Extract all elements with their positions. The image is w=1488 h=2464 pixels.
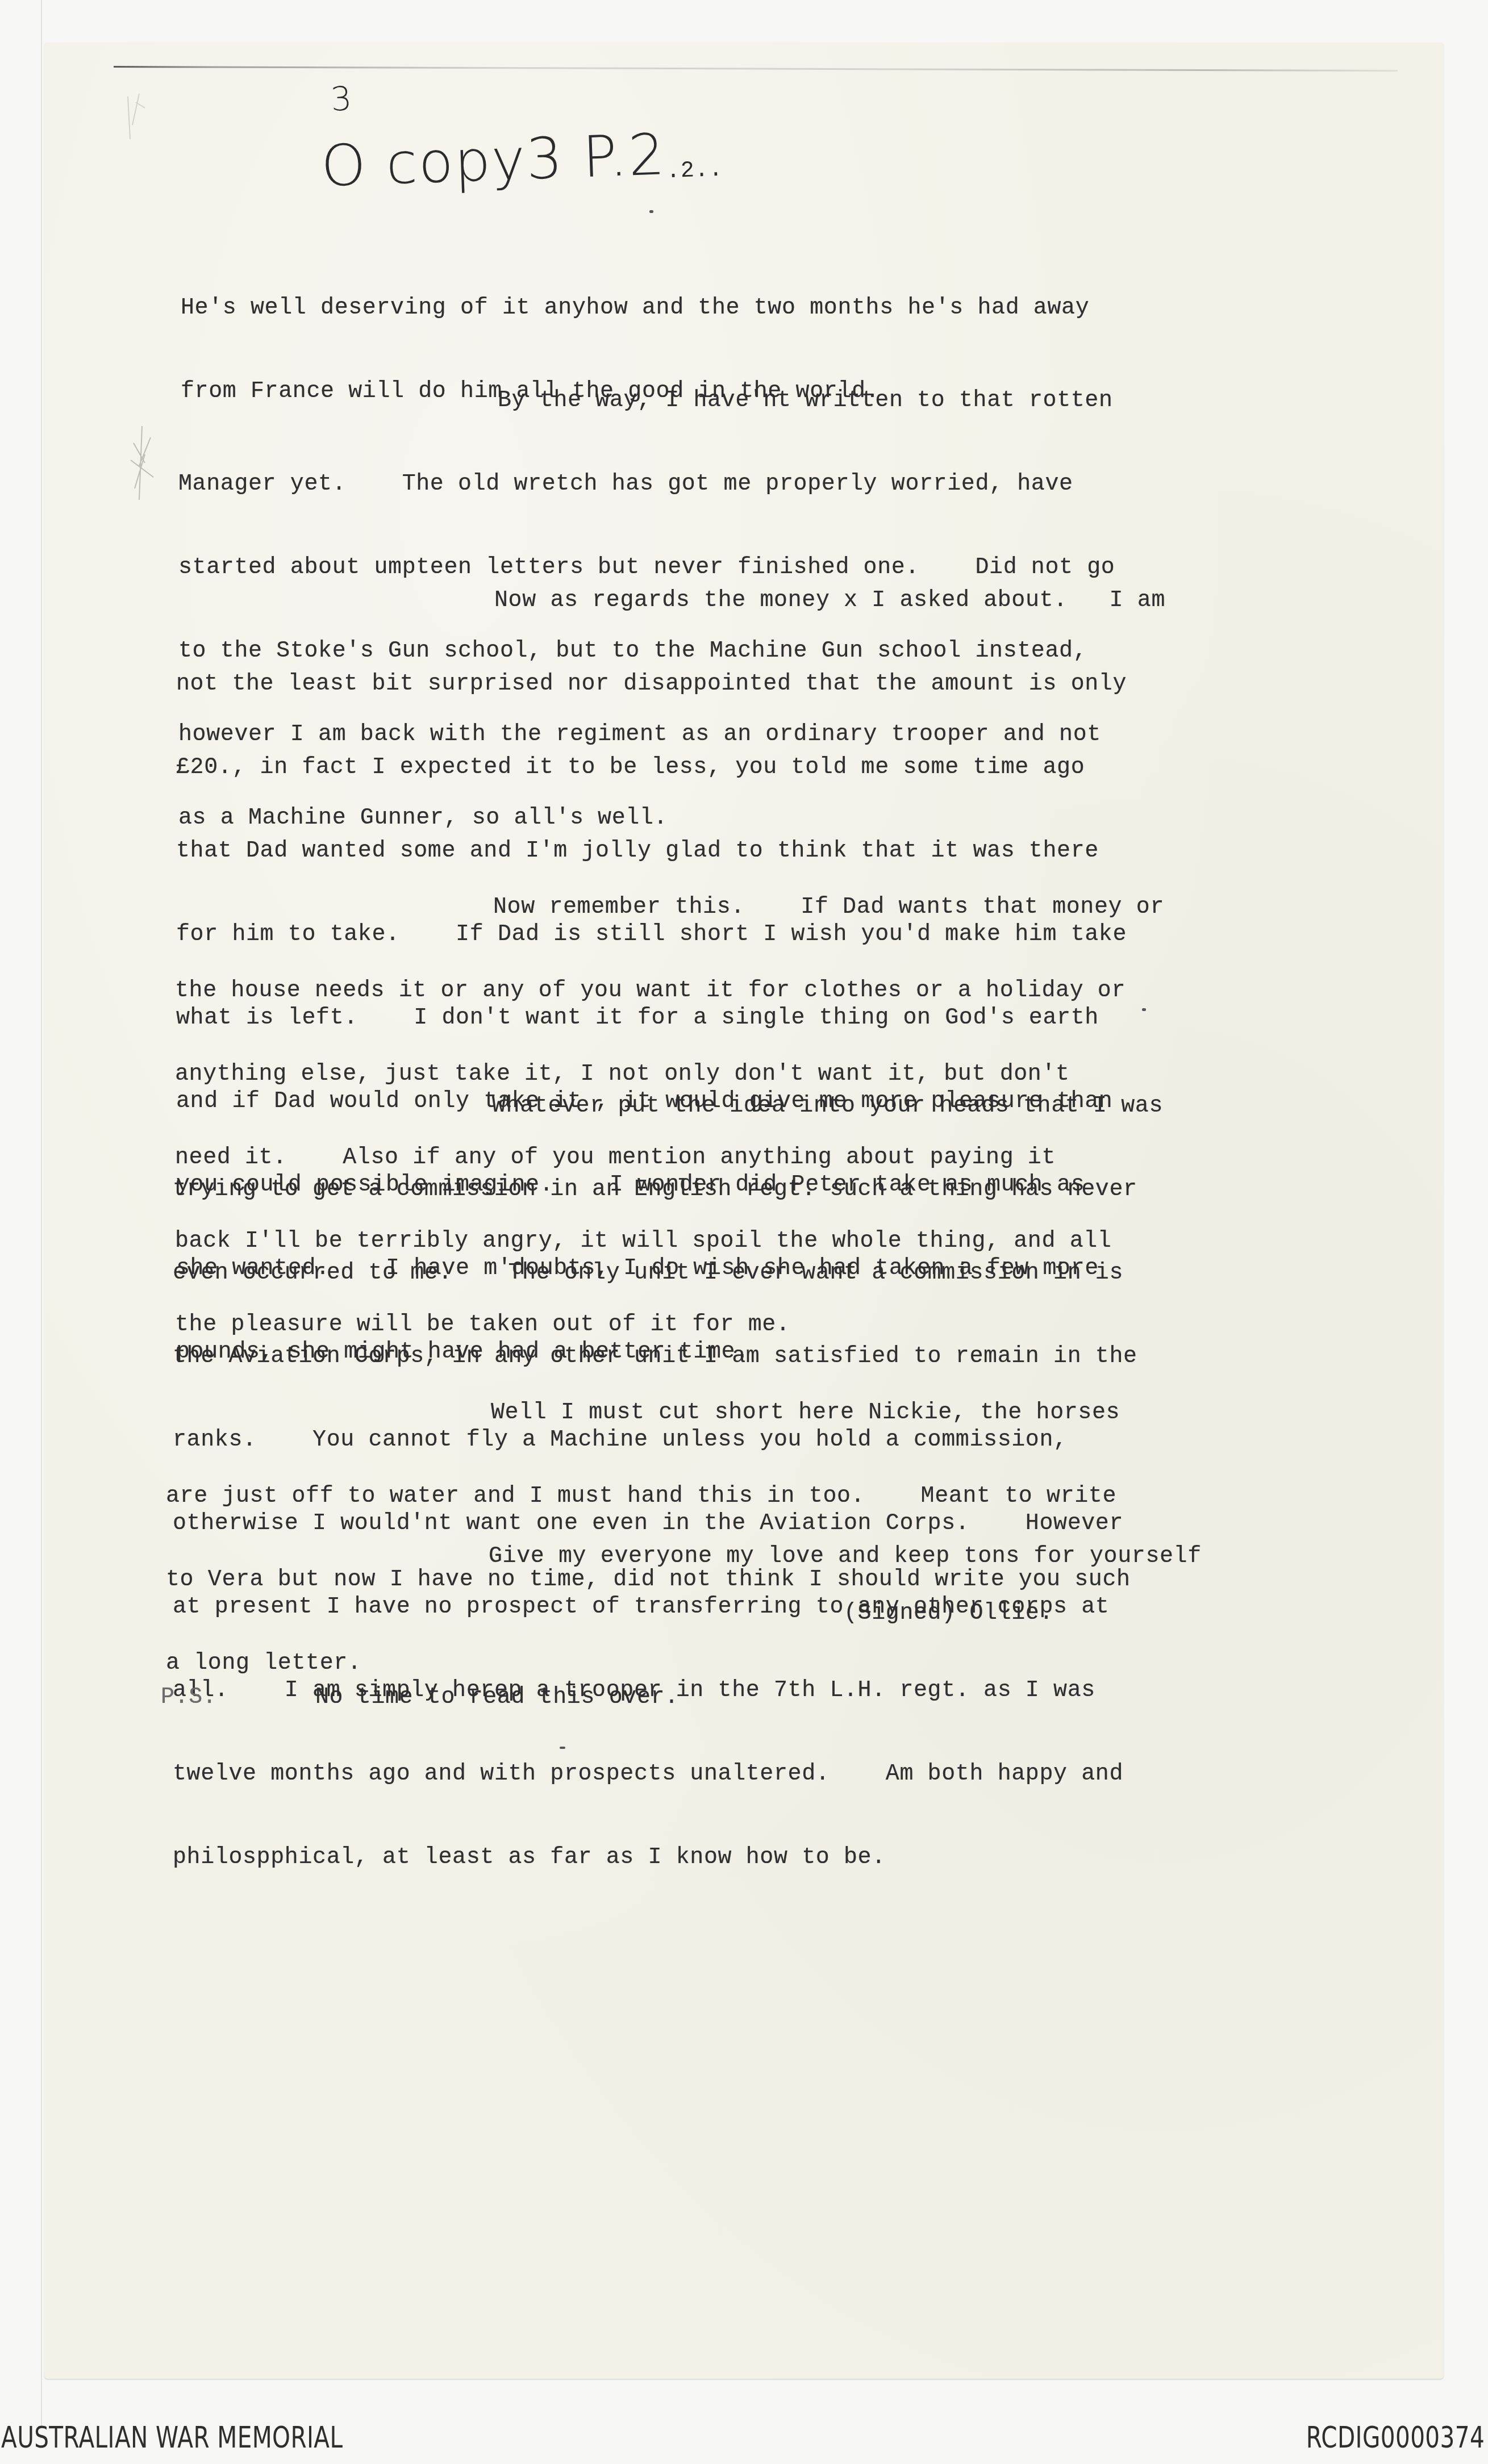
ink-dot <box>1142 1008 1146 1011</box>
postscript-text: No time to read this over. <box>315 1628 679 1739</box>
typed-page-marker: .2.. <box>666 157 724 185</box>
text-line: Manager yet. The old wretch has got me p… <box>178 470 1115 498</box>
ink-dot <box>649 210 653 213</box>
handwritten-copy-label: O copy3 P.2.2.. <box>320 119 724 200</box>
text-line: £20., in fact I expected it to be less, … <box>176 754 1165 782</box>
text-line: Whatever put the idea into your heads th… <box>173 1092 1163 1120</box>
text-line: Now remember this. If Dad wants that mon… <box>175 893 1164 921</box>
text-line: He's well deserving of it anyhow and the… <box>181 294 1089 322</box>
text-line: Well I must cut short here Nickie, the h… <box>166 1399 1131 1427</box>
ink-dot <box>560 1747 565 1749</box>
text-line: twelve months ago and with prospects una… <box>173 1760 1163 1788</box>
text-line: not the least bit surprised nor disappoi… <box>176 670 1165 698</box>
postscript-label: P.S. <box>161 1628 216 1739</box>
text-line: By the way, I have'nt written to that ro… <box>178 387 1115 415</box>
text-line: Now as regards the money x I asked about… <box>176 587 1165 615</box>
ps-label: P.S. <box>161 1684 216 1711</box>
handwritten-label-text: O copy3 P.2 <box>320 121 667 199</box>
text-line: trying to get a commission in an English… <box>173 1176 1163 1204</box>
signature: (Signed) Ollie. <box>844 1544 1053 1655</box>
record-id: RCDIG0000374 <box>1306 2421 1485 2455</box>
institution-label: AUSTRALIAN WAR MEMORIAL <box>1 2421 343 2455</box>
margin-pencil-mark <box>122 420 162 506</box>
text-line: even occurred to me. The only unit I eve… <box>173 1259 1163 1287</box>
margin-scratch-mark <box>122 91 156 142</box>
ps-text: No time to read this over. <box>315 1684 679 1711</box>
scan-backdrop-edge <box>41 0 42 2425</box>
signature-text: (Signed) Ollie. <box>844 1599 1053 1627</box>
text-line: philospphical, at least as far as I know… <box>173 1844 1163 1872</box>
handwritten-number: 3 <box>330 79 353 119</box>
text-line: the house needs it or any of you want it… <box>175 977 1164 1005</box>
